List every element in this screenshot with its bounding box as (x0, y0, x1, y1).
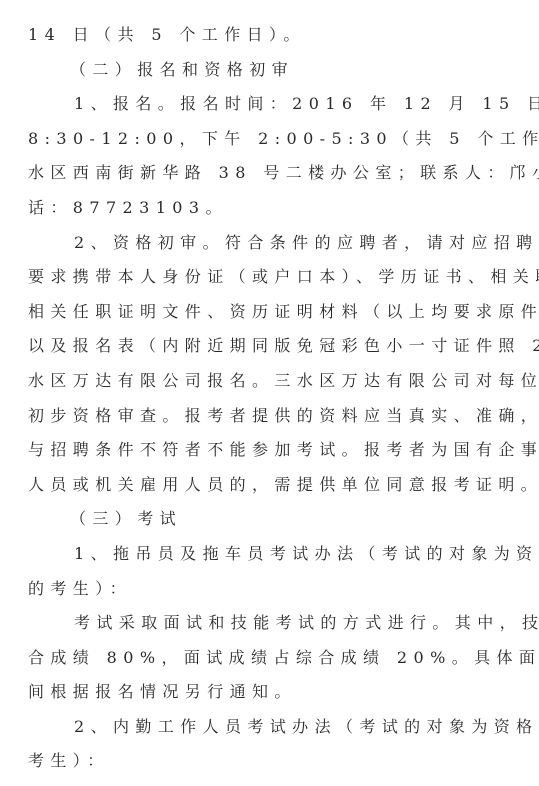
paragraph-line: 相关任职证明文件、资历证明材料（以上均要求原件及复印件） (28, 295, 510, 330)
paragraph-line: 初步资格审查。报考者提供的资料应当真实、准确，材料不全或 (28, 399, 510, 434)
paragraph-line: 1、报名。报名时间：2016 年 12 月 15 日至 21 日，上午 (28, 87, 510, 122)
paragraph-line: 间根据报名情况另行通知。 (28, 675, 510, 710)
paragraph-line: 2、内勤工作人员考试办法（考试的对象为资格初审合格的 (28, 710, 510, 745)
paragraph-line: 水区西南街新华路 38 号二楼办公室；联系人：邝小姐；联系电 (28, 156, 510, 191)
paragraph-line: 1、拖吊员及拖车员考试办法（考试的对象为资格初审合格 (28, 537, 510, 572)
paragraph-line: 14 日（共 5 个工作日）。 (28, 18, 510, 53)
paragraph-line: 水区万达有限公司报名。三水区万达有限公司对每位报名者进行 (28, 364, 510, 399)
section-heading: （二）报名和资格初审 (28, 53, 510, 88)
paragraph-line: 话：87723103。 (28, 191, 510, 226)
paragraph-line: 合成绩 80%，面试成绩占综合成绩 20%。具体面试和技能考试时 (28, 641, 510, 676)
paragraph-line: 要求携带本人身份证（或户口本）、学历证书、相关职称证书、 (28, 260, 510, 295)
paragraph-line: 与招聘条件不符者不能参加考试。报考者为国有企事业单位工作 (28, 433, 510, 468)
paragraph-line: 的考生）： (28, 572, 510, 607)
paragraph-line: 2、资格初审。符合条件的应聘者，请对应招聘条件和岗位 (28, 226, 510, 261)
document-page: 14 日（共 5 个工作日）。 （二）报名和资格初审 1、报名。报名时间：201… (28, 18, 510, 779)
paragraph-line: 考生）： (28, 744, 510, 779)
paragraph-line: 8:30-12:00，下午 2:00-5:30（共 5 个工作日）。报名地点：三 (28, 122, 510, 157)
paragraph-line: 以及报名表（内附近期同版免冠彩色小一寸证件照 2 张）等到三 (28, 329, 510, 364)
paragraph-line: 考试采取面试和技能考试的方式进行。其中，技能成绩占综 (28, 606, 510, 641)
paragraph-line: 人员或机关雇用人员的，需提供单位同意报考证明。 (28, 468, 510, 503)
section-heading: （三）考试 (28, 502, 510, 537)
